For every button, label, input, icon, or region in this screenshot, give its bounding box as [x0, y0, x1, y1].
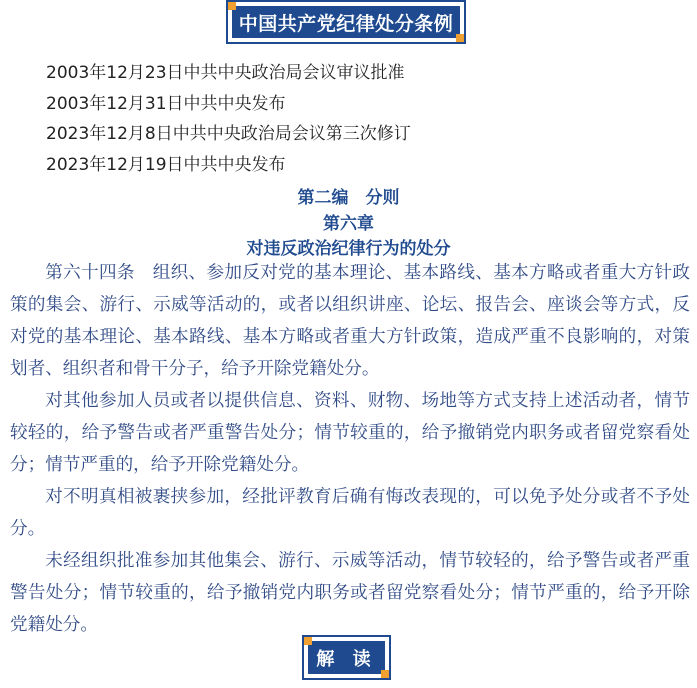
article-paragraph: 对不明真相被裹挟参加，经批评教育后确有悔改表现的，可以免予处分或者不予处分。: [10, 481, 690, 545]
chapter-title: 对违反政治纪律行为的处分: [0, 234, 697, 259]
title-banner: 中国共产党纪律处分条例: [226, 0, 466, 44]
date-line: 2023年12月19日中共中央发布: [46, 150, 411, 181]
article-paragraph: 未经组织批准参加其他集会、游行、示威等活动，情节较轻的，给予警告或者严重警告处分…: [10, 545, 690, 641]
corner-decoration-icon: [381, 670, 389, 678]
corner-decoration-icon: [228, 2, 236, 10]
date-line: 2003年12月23日中共中央政治局会议审议批准: [46, 58, 411, 89]
chapter-heading: 第六章: [0, 209, 697, 234]
interpretation-banner: 解 读: [302, 635, 391, 680]
corner-decoration-icon: [456, 34, 464, 42]
part-heading: 第二编 分则: [0, 183, 697, 208]
document-title: 中国共产党纪律处分条例: [232, 6, 460, 38]
interpretation-label: 解 读: [308, 641, 385, 674]
promulgation-dates: 2003年12月23日中共中央政治局会议审议批准 2003年12月31日中共中央…: [46, 58, 411, 180]
article-paragraph: 对其他参加人员或者以提供信息、资料、财物、场地等方式支持上述活动者，情节较轻的，…: [10, 385, 690, 481]
article-body: 第六十四条 组织、参加反对党的基本理论、基本路线、基本方略或者重大方针政策的集会…: [10, 257, 690, 641]
corner-decoration-icon: [304, 637, 312, 645]
date-line: 2023年12月8日中共中央政治局会议第三次修订: [46, 119, 411, 150]
date-line: 2003年12月31日中共中央发布: [46, 89, 411, 120]
article-paragraph: 第六十四条 组织、参加反对党的基本理论、基本路线、基本方略或者重大方针政策的集会…: [10, 257, 690, 385]
